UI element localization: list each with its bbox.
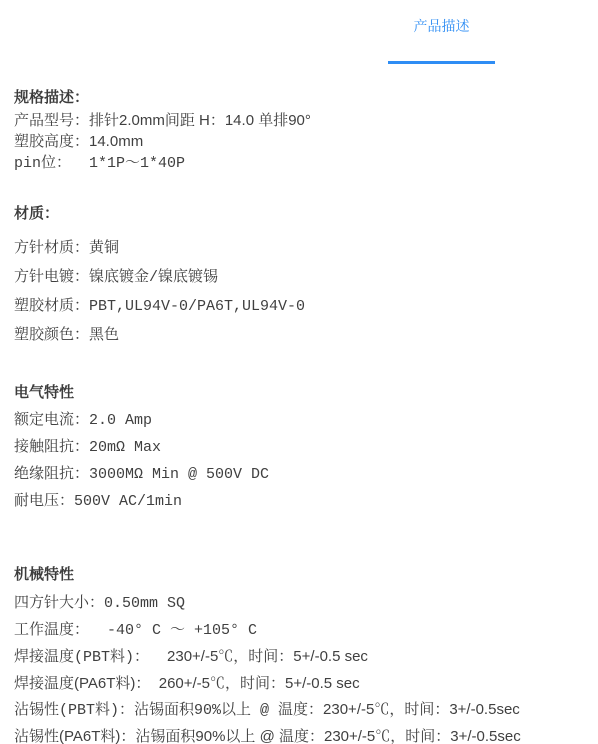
row-plastic-color: 塑胶颜色：黑色: [14, 321, 584, 350]
section-title-mechanical: 机械特性: [14, 565, 584, 585]
row-soldering-temp-pbt: 焊接温度(PBT料)： 230+/-5℃，时间：5+/-0.5 sec: [14, 644, 584, 671]
row-rated-current-text: 额定电流：2.0 Amp: [14, 412, 152, 429]
row-contact-resistance-text: 接触阻抗：20mΩ Max: [14, 439, 161, 456]
section-material: 材质： 方针材质：黄铜 方针电镀：镍底镀金/镍底镀锡 塑胶材质：PBT,UL94…: [14, 204, 584, 350]
row-plastic-height-text: 塑胶高度：14.0mm: [14, 133, 143, 150]
section-specs: 规格描述： 产品型号：排针2.0mm间距 H：14.0 单排90° 塑胶高度：1…: [14, 88, 584, 174]
row-withstand-voltage-text: 耐电压：500V AC/1min: [14, 493, 182, 510]
row-pin-size-text: 四方针大小：0.50mm SQ: [14, 595, 185, 612]
section-mechanical: 机械特性 四方针大小：0.50mm SQ 工作温度： -40° C ～ +105…: [14, 565, 584, 744]
row-pin-plating-text: 方针电镀：镍底镀金/镍底镀锡: [14, 269, 218, 286]
row-product-model: 产品型号：排针2.0mm间距 H：14.0 单排90°: [14, 110, 584, 131]
row-plastic-height: 塑胶高度：14.0mm: [14, 131, 584, 152]
row-operating-temp: 工作温度： -40° C ～ +105° C: [14, 617, 584, 644]
row-solderability-pbt-value: 230+/-5℃，时间：3+/-0.5sec: [323, 701, 520, 718]
row-soldering-temp-pbt-label: 焊接温度(PBT料)：: [14, 649, 167, 666]
section-title-material: 材质：: [14, 204, 584, 224]
row-pin-material: 方针材质：黄铜: [14, 234, 584, 263]
tab-product-description[interactable]: 产品描述: [388, 18, 495, 64]
row-solderability-pa6t-text: 沾锡性(PA6T料)：沾锡面积90%以上 @ 温度：230+/-5℃，时间：3+…: [14, 728, 521, 744]
row-insulation-resistance-text: 绝缘阻抗：3000MΩ Min @ 500V DC: [14, 466, 269, 483]
row-plastic-material: 塑胶材质：PBT,UL94V-0/PA6T,UL94V-0: [14, 292, 584, 321]
row-insulation-resistance: 绝缘阻抗：3000MΩ Min @ 500V DC: [14, 461, 584, 488]
row-contact-resistance: 接触阻抗：20mΩ Max: [14, 434, 584, 461]
row-solderability-pbt-label: 沾锡性(PBT料)：沾锡面积90%以上 @ 温度：: [14, 702, 323, 719]
row-plastic-color-text: 塑胶颜色：黑色: [14, 327, 119, 344]
row-pin-plating: 方针电镀：镍底镀金/镍底镀锡: [14, 263, 584, 292]
section-electrical: 电气特性 额定电流：2.0 Amp 接触阻抗：20mΩ Max 绝缘阻抗：300…: [14, 383, 584, 515]
row-pin-count: pin位： 1*1P～1*40P: [14, 152, 584, 174]
row-product-model-text: 产品型号：排针2.0mm间距 H：14.0 单排90°: [14, 112, 311, 129]
row-pin-size: 四方针大小：0.50mm SQ: [14, 590, 584, 617]
row-soldering-temp-pbt-value: 230+/-5℃，时间：5+/-0.5 sec: [167, 648, 368, 665]
tab-bar: 产品描述: [0, 0, 598, 64]
row-soldering-temp-pa6t-text: 焊接温度(PA6T料)： 260+/-5℃，时间：5+/-0.5 sec: [14, 675, 360, 692]
product-description-content: 规格描述： 产品型号：排针2.0mm间距 H：14.0 单排90° 塑胶高度：1…: [0, 64, 598, 744]
row-operating-temp-text: 工作温度： -40° C ～ +105° C: [14, 622, 257, 639]
row-pin-count-text: pin位： 1*1P～1*40P: [14, 155, 185, 172]
section-title-electrical: 电气特性: [14, 383, 584, 403]
row-withstand-voltage: 耐电压：500V AC/1min: [14, 488, 584, 515]
row-pin-material-text: 方针材质：黄铜: [14, 240, 119, 257]
row-solderability-pbt: 沾锡性(PBT料)：沾锡面积90%以上 @ 温度：230+/-5℃，时间：3+/…: [14, 697, 584, 724]
row-solderability-pa6t: 沾锡性(PA6T料)：沾锡面积90%以上 @ 温度：230+/-5℃，时间：3+…: [14, 724, 584, 744]
row-plastic-material-text: 塑胶材质：PBT,UL94V-0/PA6T,UL94V-0: [14, 298, 305, 315]
row-soldering-temp-pa6t: 焊接温度(PA6T料)： 260+/-5℃，时间：5+/-0.5 sec: [14, 671, 584, 697]
row-rated-current: 额定电流：2.0 Amp: [14, 407, 584, 434]
section-title-specs: 规格描述：: [14, 88, 584, 108]
